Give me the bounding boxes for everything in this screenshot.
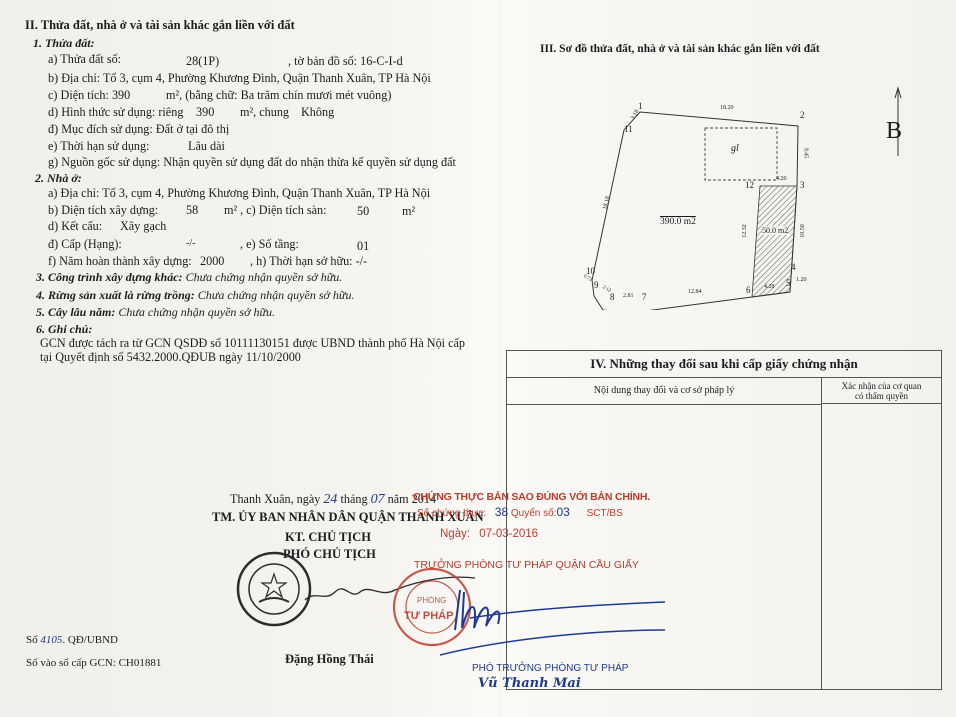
house-structure-label: d) Kết cấu: bbox=[48, 219, 102, 233]
perennial: 5. Cây lâu năm: Chưa chứng nhận quyền sở… bbox=[36, 305, 275, 320]
cert-book-value: 03 bbox=[557, 505, 570, 519]
cert-book-label: Quyển số: bbox=[511, 508, 557, 519]
land-use-term: Lâu dài bbox=[188, 139, 225, 153]
house-build-area: 58 bbox=[186, 203, 198, 217]
cert-date-row: Ngày: 07-03-2016 bbox=[440, 528, 538, 540]
edge-1-2: 18.20 bbox=[720, 105, 734, 111]
registry-number: Số vào sổ cấp GCN: CH01881 bbox=[26, 656, 161, 670]
column-header-confirmation: Xác nhận của cơ quan có thẩm quyền bbox=[822, 378, 941, 404]
house-build-area-label: b) Diện tích xây dựng: bbox=[48, 203, 158, 217]
perennial-value: Chưa chứng nhận quyền sở hữu. bbox=[118, 305, 275, 319]
section-2-title: II. Thửa đất, nhà ở và tài sản khác gắn … bbox=[25, 18, 295, 33]
point-8: 8 bbox=[610, 292, 615, 302]
section-4-title: IV. Những thay đổi sau khi cấp giấy chứn… bbox=[507, 351, 941, 378]
signer-name: Đặng Hồng Thái bbox=[285, 652, 374, 667]
column-divider bbox=[821, 378, 822, 689]
house-address: a) Địa chỉ: Tổ 3, cụm 4, Phường Khương Đ… bbox=[48, 186, 430, 200]
edge-7-8: 2.81 bbox=[623, 293, 634, 299]
building-label: gl bbox=[731, 143, 739, 154]
edge-6-7: 12.84 bbox=[688, 289, 702, 295]
house-floor-area: 50 bbox=[357, 204, 369, 218]
section-3-title: III. Sơ đồ thửa đất, nhà ở và tài sản kh… bbox=[540, 43, 820, 55]
land-use-private: 390 bbox=[196, 105, 214, 119]
house-floor-area-label: m² , c) Diện tích sàn: bbox=[224, 203, 326, 217]
kt-chairman: KT. CHỦ TỊCH bbox=[285, 530, 371, 545]
edge-12-3: 4.20 bbox=[776, 176, 787, 182]
point-5: 5 bbox=[786, 278, 791, 288]
land-map-sheet: , tờ bản đồ số: 16-C-I-d bbox=[288, 54, 403, 68]
perennial-heading: 5. Cây lâu năm: bbox=[36, 305, 115, 319]
notes-line-2: tại Quyết định số 5432.2000.QĐUB ngày 11… bbox=[40, 350, 301, 364]
point-3: 3 bbox=[800, 180, 805, 190]
point-7: 7 bbox=[642, 292, 647, 302]
land-origin: g) Nguồn gốc sử dụng: Nhận quyền sử dụng… bbox=[48, 155, 456, 169]
edge-5-6: 4.28 bbox=[764, 284, 775, 290]
land-heading: 1. Thửa đất: bbox=[33, 36, 95, 51]
cert-so-label: Số chứng thực: bbox=[417, 508, 486, 519]
edge-2-3: 9.45 bbox=[802, 148, 808, 159]
signature-blue-icon bbox=[440, 580, 670, 660]
deputy-name: Vũ Thanh Mai bbox=[478, 676, 581, 691]
forest: 4. Rừng sản xuất là rừng trồng: Chưa chứ… bbox=[36, 288, 354, 303]
house-floor-area-unit: m² bbox=[402, 204, 415, 218]
house-grade-label: đ) Cấp (Hạng): bbox=[48, 237, 122, 251]
house-structure: Xây gạch bbox=[120, 219, 166, 233]
deputy-title: PHÓ TRƯỞNG PHÒNG TƯ PHÁP bbox=[472, 663, 628, 674]
point-4: 4 bbox=[791, 262, 796, 272]
cert-line-1: CHỨNG THỰC BẢN SAO ĐÚNG VỚI BẢN CHÍNH. bbox=[413, 491, 650, 503]
place-date: Thanh Xuân, ngày 24 tháng 07 năm 2014 bbox=[230, 492, 436, 507]
other-works-value: Chưa chứng nhận quyền sở hữu. bbox=[186, 270, 343, 284]
point-12: 12 bbox=[745, 180, 754, 190]
cert-so-value: 38 bbox=[495, 505, 508, 519]
land-address: b) Địa chỉ: Tổ 3, cụm 4, Phường Khương Đ… bbox=[48, 71, 431, 85]
decision-prefix: Số bbox=[26, 634, 38, 646]
point-11: 11 bbox=[624, 124, 633, 134]
cert-date-value: 07-03-2016 bbox=[479, 528, 538, 540]
notes-line-1: GCN được tách ra từ GCN QSDĐ số 10111130… bbox=[40, 336, 465, 350]
land-area-label: c) Diện tích: 390 bbox=[48, 88, 130, 102]
place-date-prefix: Thanh Xuân, ngày bbox=[230, 492, 320, 506]
building-area: 50.0 m2 bbox=[762, 226, 788, 235]
column-header-changes: Nội dung thay đổi và cơ sở pháp lý bbox=[507, 378, 821, 405]
house-ownership-term: , h) Thời hạn sở hữu: -/- bbox=[250, 254, 367, 268]
house-grade: -/- bbox=[186, 237, 195, 251]
land-area-words: m², (bằng chữ: Ba trăm chín mươi mét vuô… bbox=[166, 88, 391, 102]
other-works: 3. Công trình xây dựng khác: Chưa chứng … bbox=[36, 270, 342, 285]
point-6: 6 bbox=[746, 285, 751, 295]
notes-heading: 6. Ghi chú: bbox=[36, 322, 92, 337]
forest-value: Chưa chứng nhận quyền sở hữu. bbox=[198, 288, 355, 302]
land-use-form-label: d) Hình thức sử dụng: riêng bbox=[48, 105, 183, 119]
date-month: 07 bbox=[371, 492, 385, 507]
month-label: tháng bbox=[340, 492, 367, 506]
date-day: 24 bbox=[323, 492, 337, 507]
other-works-heading: 3. Công trình xây dựng khác: bbox=[36, 270, 183, 284]
point-9: 9 bbox=[594, 280, 599, 290]
house-floors-label: , e) Số tầng: bbox=[240, 237, 299, 251]
land-use-shared-label: m², chung bbox=[240, 105, 289, 119]
cert-date-label: Ngày: bbox=[440, 528, 470, 540]
land-use-purpose: đ) Mục đích sử dụng: Đất ở tại đô thị bbox=[48, 122, 229, 136]
cert-number-row: Số chứng thực: 38 Quyển số:03 SCT/BS bbox=[417, 505, 623, 519]
decision-suffix: . QĐ/UBND bbox=[62, 634, 118, 646]
house-floors: 01 bbox=[357, 239, 369, 253]
house-year: 2000 bbox=[200, 254, 224, 268]
column-header-confirmation-line-2: có thẩm quyền bbox=[822, 391, 941, 401]
edge-12-6: 12.32 bbox=[742, 224, 748, 238]
north-label: B bbox=[886, 118, 902, 145]
decision-number: Số 4105. QĐ/UBND bbox=[26, 633, 118, 647]
forest-heading: 4. Rừng sản xuất là rừng trồng: bbox=[36, 288, 195, 302]
land-use-shared: Không bbox=[301, 105, 334, 119]
land-use-term-label: e) Thời hạn sử dụng: bbox=[48, 139, 150, 153]
land-parcel-label: a) Thửa đất số: bbox=[48, 52, 121, 66]
column-header-confirmation-line-1: Xác nhận của cơ quan bbox=[822, 381, 941, 391]
house-year-label: f) Năm hoàn thành xây dựng: bbox=[48, 254, 192, 268]
plot-area: 390.0 m2 bbox=[660, 217, 696, 227]
point-10: 10 bbox=[586, 266, 595, 276]
land-parcel-number: 28(1P) bbox=[186, 54, 219, 68]
edge-4-5: 1.20 bbox=[796, 277, 807, 283]
edge-3-4: 10.50 bbox=[800, 224, 806, 238]
house-heading: 2. Nhà ở: bbox=[35, 171, 82, 186]
point-2: 2 bbox=[800, 110, 805, 120]
cert-suffix: SCT/BS bbox=[587, 508, 623, 519]
decision-number-value: 4105 bbox=[40, 634, 62, 646]
point-1: 1 bbox=[638, 101, 643, 111]
